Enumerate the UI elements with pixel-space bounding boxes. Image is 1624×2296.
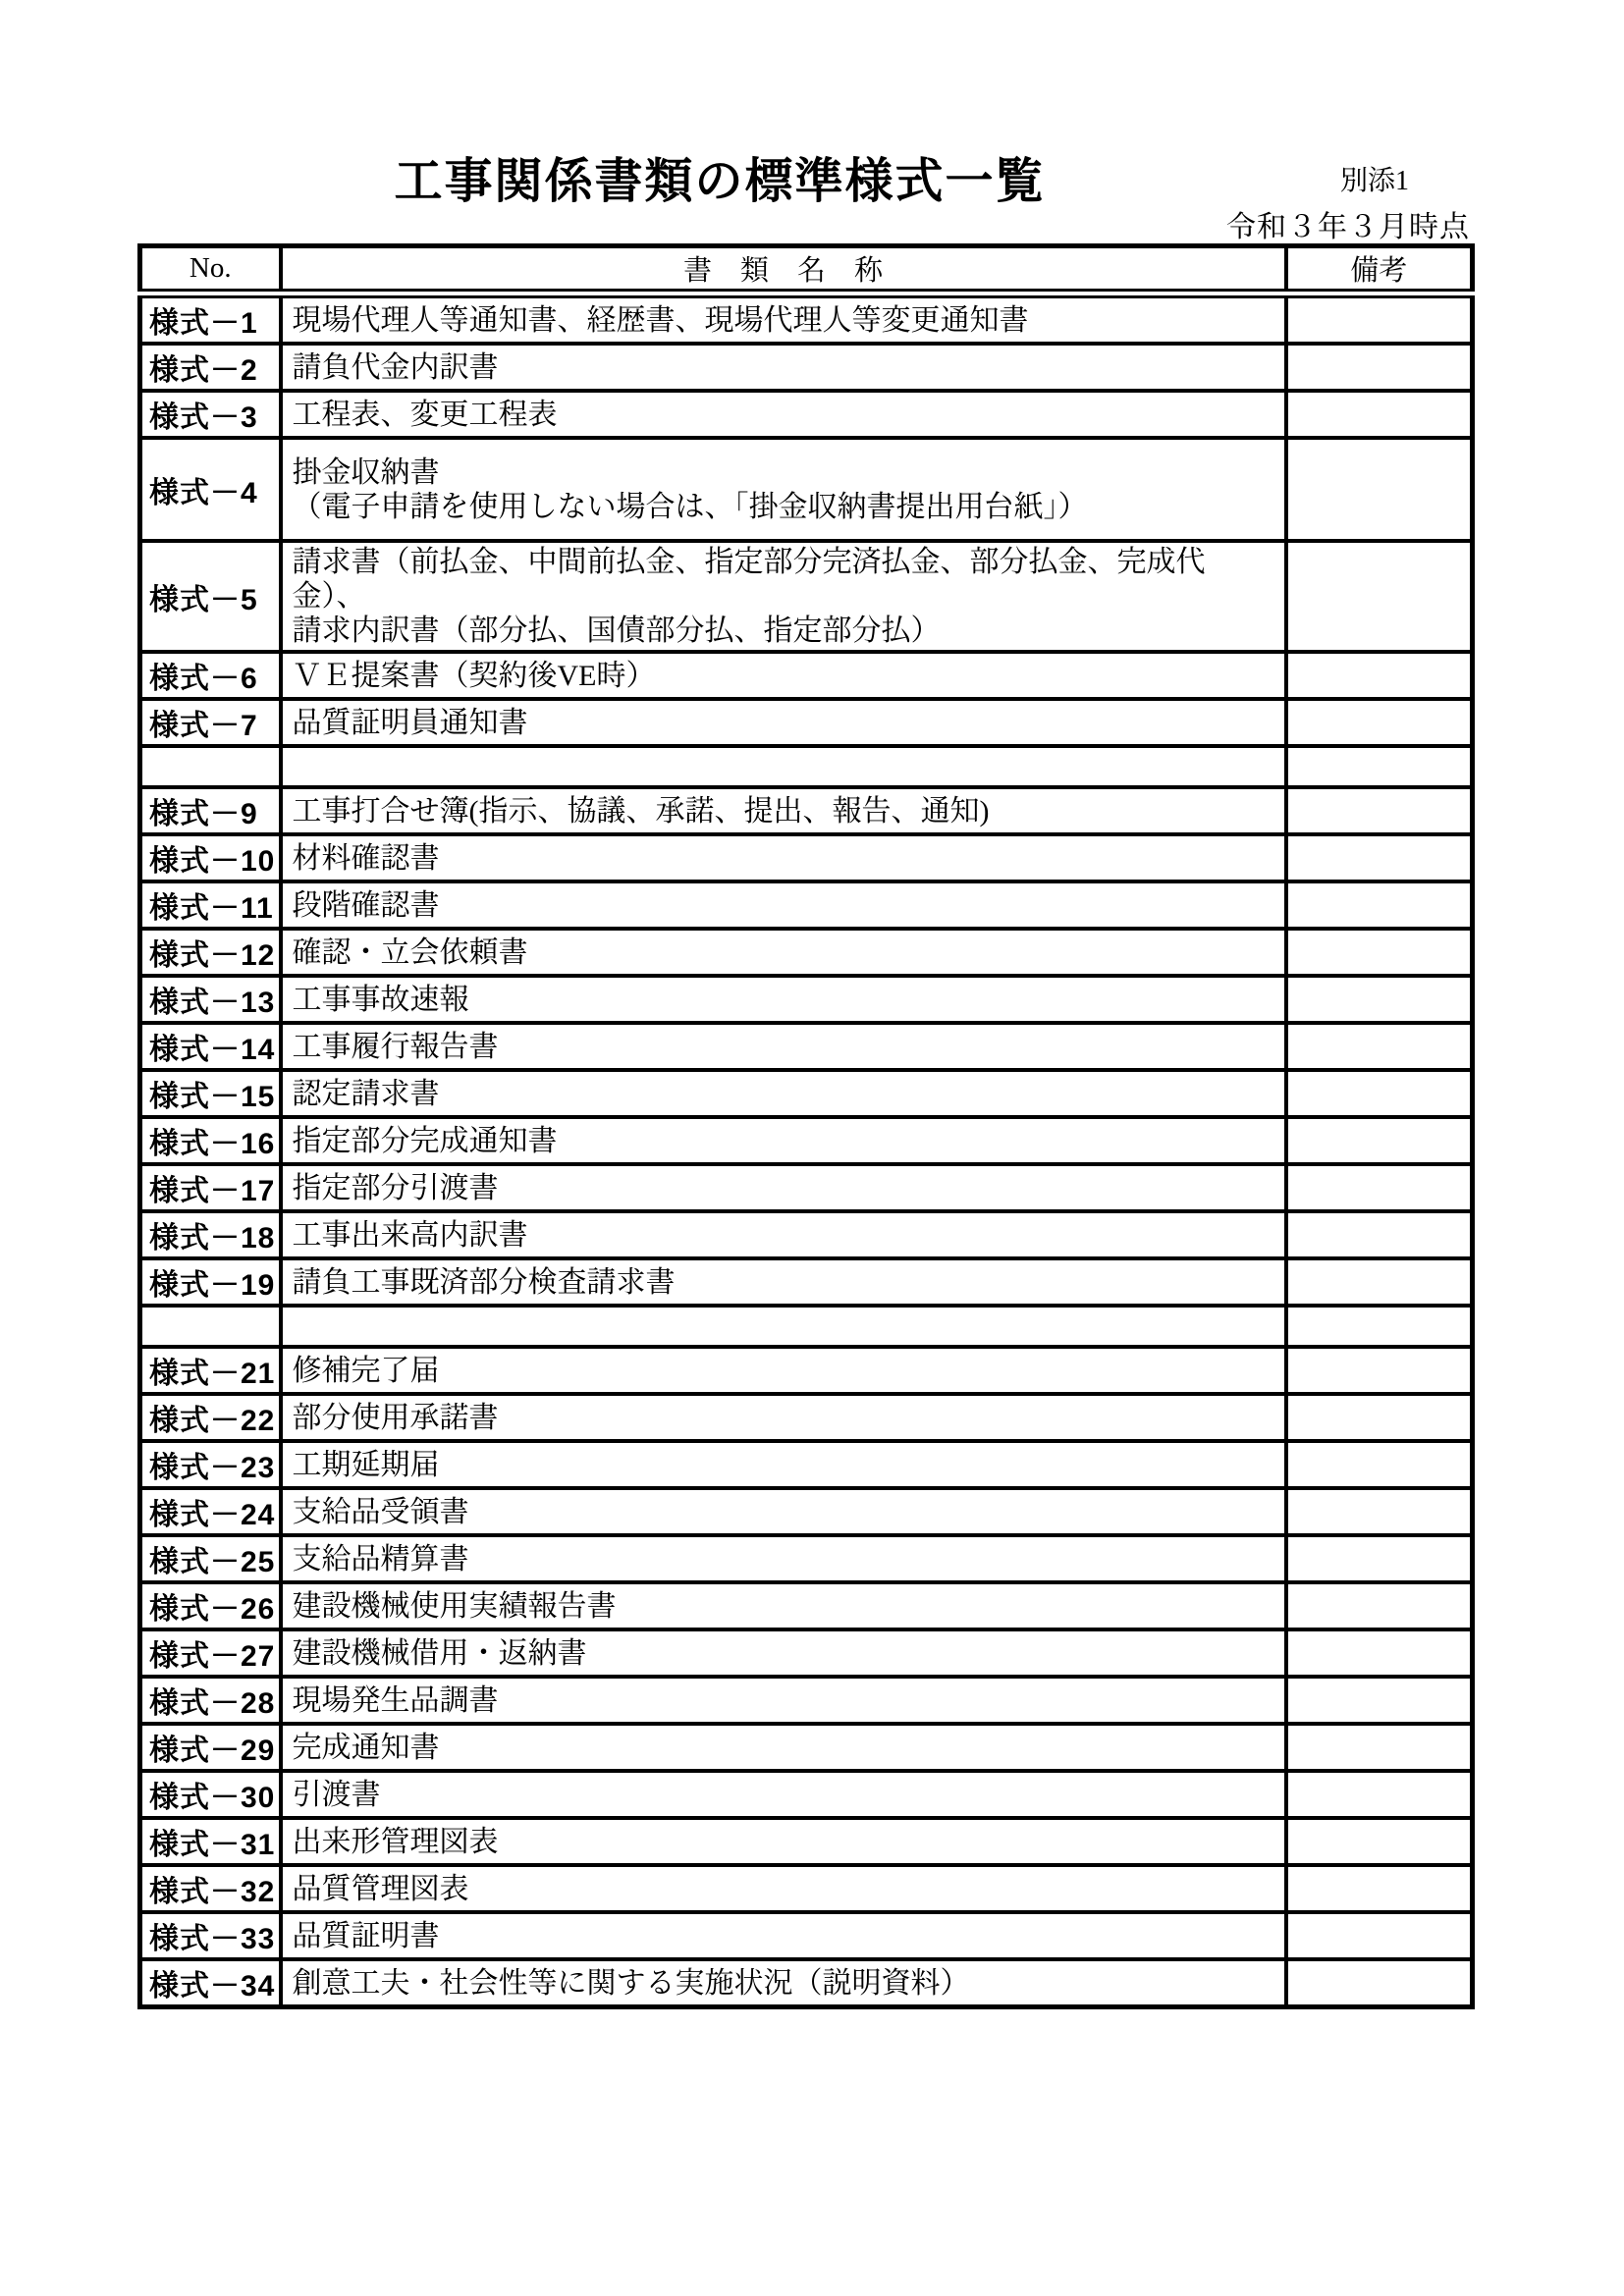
document-name-cell: 品質証明書 [281,1912,1286,1959]
remarks-cell [1286,1724,1473,1771]
document-name-cell: 工事打合せ簿(指示、協議、承諾、提出、報告、通知) [281,787,1286,834]
remarks-cell [1286,1629,1473,1677]
remarks-cell [1286,294,1473,344]
form-no-cell: 様式－13 [140,976,281,1023]
form-no-cell: 様式－1 [140,294,281,344]
table-row: 様式－7品質証明員通知書 [140,699,1473,746]
table-row: 様式－23工期延期届 [140,1441,1473,1488]
table-row: 様式－16指定部分完成通知書 [140,1117,1473,1164]
form-no-cell: 様式－15 [140,1070,281,1117]
document-name-cell: 支給品精算書 [281,1535,1286,1582]
document-name-cell: 修補完了届 [281,1347,1286,1394]
table-row: 様式－31出来形管理図表 [140,1818,1473,1865]
document-page: 別添1 工事関係書類の標準様式一覧 令和３年３月時点 No. 書 類 名 称 備… [0,0,1624,2296]
remarks-cell [1286,1582,1473,1629]
remarks-cell [1286,1677,1473,1724]
table-row: 様式－15認定請求書 [140,1070,1473,1117]
table-row: 様式－14工事履行報告書 [140,1023,1473,1070]
remarks-cell [1286,1023,1473,1070]
table-row: 様式－11段階確認書 [140,881,1473,929]
document-name-cell: 工事出来高内訳書 [281,1211,1286,1258]
form-no-cell: 様式－10 [140,834,281,881]
form-no-cell: 様式－2 [140,344,281,391]
remarks-cell [1286,344,1473,391]
remarks-cell [1286,1347,1473,1394]
table-row: 様式－2請負代金内訳書 [140,344,1473,391]
form-no-cell: 様式－12 [140,929,281,976]
remarks-cell [1286,1070,1473,1117]
remarks-cell [1286,1535,1473,1582]
document-name-cell: 支給品受領書 [281,1488,1286,1535]
table-row: 様式－22部分使用承諾書 [140,1394,1473,1441]
table-row: 様式－12確認・立会依頼書 [140,929,1473,976]
form-no-cell: 様式－21 [140,1347,281,1394]
header-remarks: 備考 [1286,246,1473,294]
form-no-cell: 様式－23 [140,1441,281,1488]
document-name-cell [281,746,1286,787]
remarks-cell [1286,976,1473,1023]
remarks-cell [1286,1394,1473,1441]
document-name-cell: 材料確認書 [281,834,1286,881]
remarks-cell [1286,1959,1473,2007]
document-name-cell: 認定請求書 [281,1070,1286,1117]
form-no-cell: 様式－28 [140,1677,281,1724]
document-name-cell: 請求書（前払金、中間前払金、指定部分完済払金、部分払金、完成代 金）、 請求内訳… [281,541,1286,652]
document-name-cell: 工事事故速報 [281,976,1286,1023]
form-no-cell: 様式－18 [140,1211,281,1258]
remarks-cell [1286,1441,1473,1488]
remarks-cell [1286,1211,1473,1258]
table-row: 様式－6ＶＥ提案書（契約後VE時） [140,652,1473,699]
form-no-cell: 様式－4 [140,438,281,541]
form-no-cell [140,746,281,787]
document-name-cell: ＶＥ提案書（契約後VE時） [281,652,1286,699]
form-no-cell: 様式－34 [140,1959,281,2007]
document-name-cell: 引渡書 [281,1771,1286,1818]
form-no-cell: 様式－11 [140,881,281,929]
attachment-label: 別添1 [1340,159,1409,198]
document-name-cell: 工事履行報告書 [281,1023,1286,1070]
document-name-cell: 段階確認書 [281,881,1286,929]
document-name-cell: 工期延期届 [281,1441,1286,1488]
form-no-cell: 様式－7 [140,699,281,746]
header-no: No. [140,246,281,294]
form-no-cell: 様式－30 [140,1771,281,1818]
form-no-cell: 様式－24 [140,1488,281,1535]
form-no-cell: 様式－9 [140,787,281,834]
header-row: No. 書 類 名 称 備考 [140,246,1473,294]
date-note: 令和３年３月時点 [1226,202,1470,245]
document-name-cell: 建設機械使用実績報告書 [281,1582,1286,1629]
table-row: 様式－17指定部分引渡書 [140,1164,1473,1211]
remarks-cell [1286,1912,1473,1959]
form-no-cell: 様式－14 [140,1023,281,1070]
remarks-cell [1286,1818,1473,1865]
form-no-cell: 様式－32 [140,1865,281,1912]
form-no-cell: 様式－22 [140,1394,281,1441]
document-name-cell [281,1306,1286,1347]
form-no-cell: 様式－6 [140,652,281,699]
table-row: 様式－30引渡書 [140,1771,1473,1818]
remarks-cell [1286,1306,1473,1347]
form-no-cell: 様式－31 [140,1818,281,1865]
document-name-cell: 出来形管理図表 [281,1818,1286,1865]
form-no-cell: 様式－25 [140,1535,281,1582]
document-name-cell: 創意工夫・社会性等に関する実施状況（説明資料） [281,1959,1286,2007]
table-row: 様式－4掛金収納書 （電子申請を使用しない場合は、「掛金収納書提出用台紙」） [140,438,1473,541]
table-row: 様式－21修補完了届 [140,1347,1473,1394]
table-row: 様式－34創意工夫・社会性等に関する実施状況（説明資料） [140,1959,1473,2007]
form-no-cell: 様式－16 [140,1117,281,1164]
form-no-cell: 様式－27 [140,1629,281,1677]
document-name-cell: 請負代金内訳書 [281,344,1286,391]
table-row: 様式－26建設機械使用実績報告書 [140,1582,1473,1629]
table-row: 様式－32品質管理図表 [140,1865,1473,1912]
document-name-cell: 品質証明員通知書 [281,699,1286,746]
form-no-cell: 様式－33 [140,1912,281,1959]
header-document-name: 書 類 名 称 [281,246,1286,294]
form-no-cell [140,1306,281,1347]
remarks-cell [1286,787,1473,834]
table-row: 様式－13工事事故速報 [140,976,1473,1023]
table-row: 様式－18工事出来高内訳書 [140,1211,1473,1258]
document-name-cell: 請負工事既済部分検査請求書 [281,1258,1286,1306]
table-row: 様式－10材料確認書 [140,834,1473,881]
remarks-cell [1286,834,1473,881]
form-no-cell: 様式－17 [140,1164,281,1211]
table-row: 様式－1現場代理人等通知書、経歴書、現場代理人等変更通知書 [140,294,1473,344]
page-title: 工事関係書類の標準様式一覧 [394,143,1045,212]
document-name-cell: 指定部分完成通知書 [281,1117,1286,1164]
remarks-cell [1286,881,1473,929]
remarks-cell [1286,652,1473,699]
remarks-cell [1286,391,1473,438]
document-name-cell: 現場代理人等通知書、経歴書、現場代理人等変更通知書 [281,294,1286,344]
form-no-cell: 様式－19 [140,1258,281,1306]
document-name-cell: 部分使用承諾書 [281,1394,1286,1441]
document-name-cell: 工程表、変更工程表 [281,391,1286,438]
document-name-cell: 品質管理図表 [281,1865,1286,1912]
remarks-cell [1286,1865,1473,1912]
remarks-cell [1286,699,1473,746]
table-row: 様式－29完成通知書 [140,1724,1473,1771]
table-row: 様式－25支給品精算書 [140,1535,1473,1582]
remarks-cell [1286,1164,1473,1211]
remarks-cell [1286,1771,1473,1818]
table-row: 様式－19請負工事既済部分検査請求書 [140,1258,1473,1306]
table-row: 様式－5請求書（前払金、中間前払金、指定部分完済払金、部分払金、完成代 金）、 … [140,541,1473,652]
document-name-cell: 掛金収納書 （電子申請を使用しない場合は、「掛金収納書提出用台紙」） [281,438,1286,541]
form-no-cell: 様式－5 [140,541,281,652]
remarks-cell [1286,1488,1473,1535]
document-name-cell: 現場発生品調書 [281,1677,1286,1724]
remarks-cell [1286,1258,1473,1306]
table-row: 様式－27建設機械借用・返納書 [140,1629,1473,1677]
document-name-cell: 完成通知書 [281,1724,1286,1771]
table-row: 様式－9工事打合せ簿(指示、協議、承諾、提出、報告、通知) [140,787,1473,834]
remarks-cell [1286,541,1473,652]
document-name-cell: 建設機械借用・返納書 [281,1629,1286,1677]
table-row: 様式－28現場発生品調書 [140,1677,1473,1724]
remarks-cell [1286,929,1473,976]
form-no-cell: 様式－3 [140,391,281,438]
table-row: 様式－33品質証明書 [140,1912,1473,1959]
table-row: 様式－3工程表、変更工程表 [140,391,1473,438]
document-name-cell: 確認・立会依頼書 [281,929,1286,976]
forms-table: No. 書 類 名 称 備考 様式－1現場代理人等通知書、経歴書、現場代理人等変… [137,243,1475,2009]
remarks-cell [1286,746,1473,787]
document-name-cell: 指定部分引渡書 [281,1164,1286,1211]
form-no-cell: 様式－29 [140,1724,281,1771]
remarks-cell [1286,438,1473,541]
table-row: 様式－24支給品受領書 [140,1488,1473,1535]
table-row [140,1306,1473,1347]
table-row [140,746,1473,787]
remarks-cell [1286,1117,1473,1164]
form-no-cell: 様式－26 [140,1582,281,1629]
